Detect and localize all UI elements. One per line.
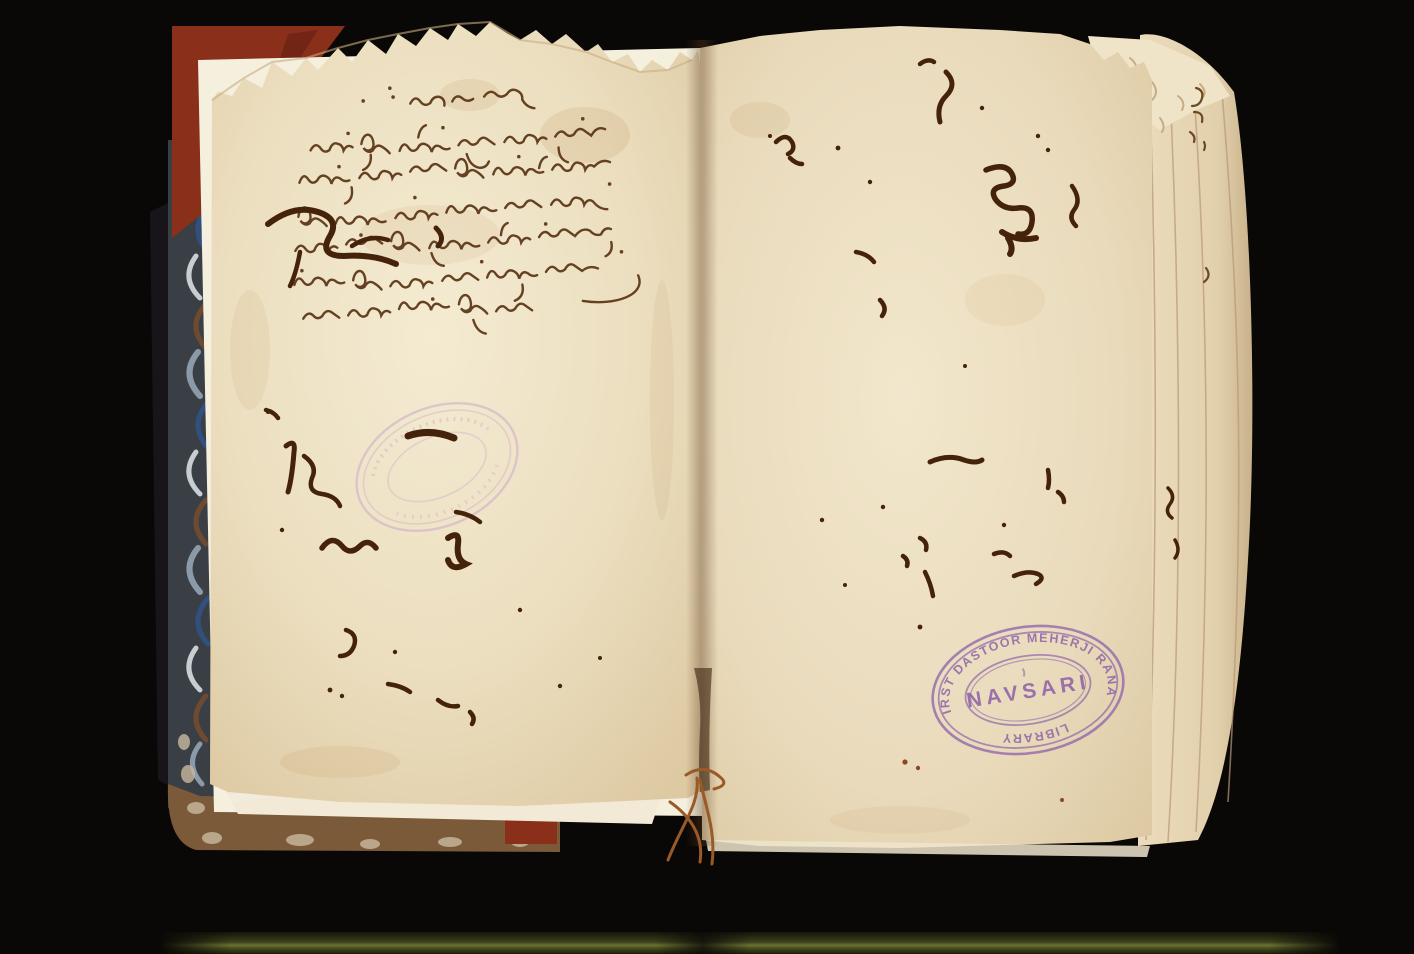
book-scene: FIRST DASTOOR MEHERJI RANA LIBRARY NAVSA… (0, 0, 1414, 954)
right-page (700, 26, 1152, 848)
table-edge-strip (160, 932, 1340, 954)
manuscript-photograph: FIRST DASTOOR MEHERJI RANA LIBRARY NAVSA… (0, 0, 1414, 954)
